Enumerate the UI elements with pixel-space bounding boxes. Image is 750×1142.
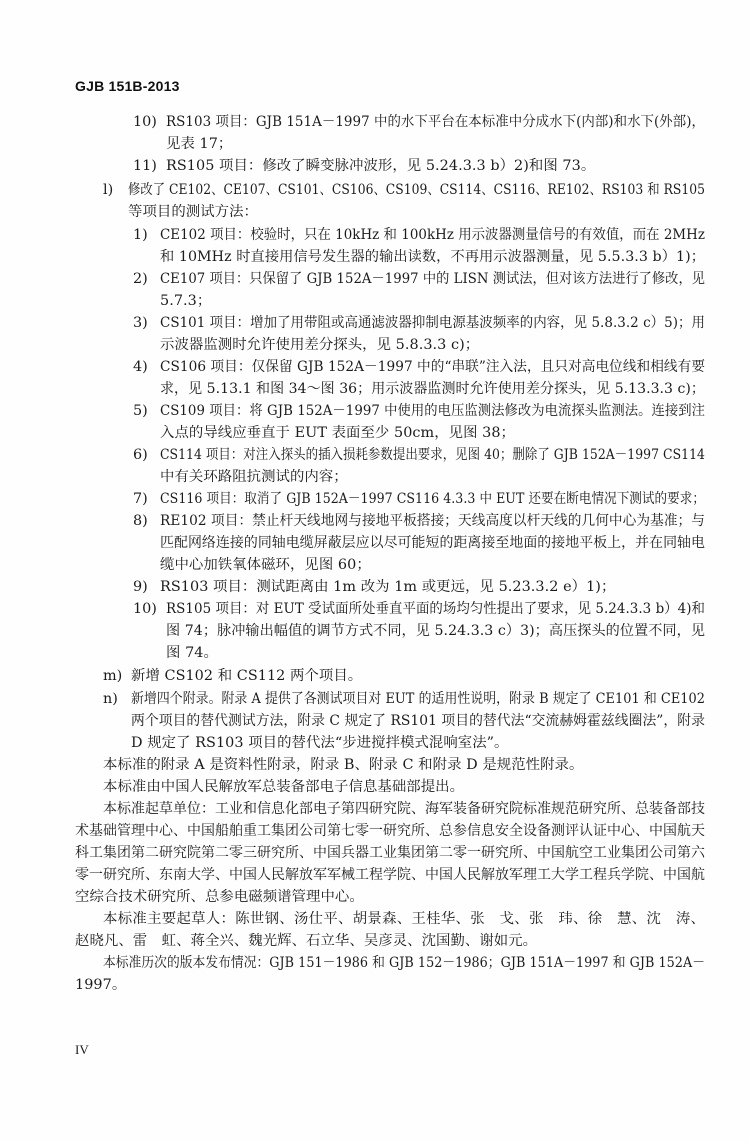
text-line: 空综合技术研究所、总参电磁频谱管理中心。 bbox=[75, 888, 364, 906]
text-line: CE107 项目：只保留了 GJB 152A－1997 中的 LISN 测试法，… bbox=[160, 270, 705, 288]
text-line: 本标准由中国人民解放军总装备部电子信息基础部提出。 bbox=[103, 778, 464, 796]
list-marker: 4) bbox=[133, 358, 148, 376]
list-marker: 11) bbox=[133, 157, 157, 175]
text-line: 术基础管理中心、中国船舶重工集团公司第七零一研究所、总参信息安全设备测评认证中心… bbox=[75, 822, 705, 840]
text-line: CS101 项目：增加了用带阻或高通滤波器抑制电源基波频率的内容，见 5.8.3… bbox=[160, 314, 705, 332]
text-line: CS116 项目：取消了 GJB 152A－1997 CS116 4.3.3 中… bbox=[160, 490, 705, 508]
text-line: 示波器监测时允许使用差分探头，见 5.8.3.3 c)； bbox=[160, 336, 479, 354]
text-line: 中有关环路阻抗测试的内容； bbox=[160, 468, 348, 486]
text-line: 1997。 bbox=[75, 976, 126, 994]
text-line: 本标准历次的版本发布情况：GJB 151－1986 和 GJB 152－1986… bbox=[103, 954, 705, 972]
list-marker: 9) bbox=[133, 578, 148, 596]
text-line: RS103 项目：测试距离由 1m 改为 1m 或更远，见 5.23.3.2 e… bbox=[160, 578, 615, 596]
list-marker: 10) bbox=[133, 600, 157, 618]
text-line: 见表 17； bbox=[166, 135, 232, 153]
text-line: CE102 项目：校验时，只在 10kHz 和 100kHz 用示波器测量信号的… bbox=[160, 226, 705, 244]
text-line: RE102 项目：禁止杆天线地网与接地平板搭接；天线高度以杆天线的几何中心为基准… bbox=[160, 512, 705, 530]
text-line: 修改了 CE102、CE107、CS101、CS106、CS109、CS114、… bbox=[128, 181, 705, 199]
list-marker: n) bbox=[103, 690, 118, 708]
text-line: CS106 项目：仅保留 GJB 152A－1997 中的“串联”注入法，且只对… bbox=[160, 358, 705, 376]
text-line: 图 74。 bbox=[166, 644, 218, 662]
text-line: CS114 项目：对注入探头的插入损耗参数提出要求，见图 40；删除了 GJB … bbox=[160, 446, 705, 464]
list-marker: 1) bbox=[133, 226, 148, 244]
text-line: 入点的导线应垂直于 EUT 表面至少 50cm，见图 38； bbox=[160, 424, 515, 442]
list-marker: 8) bbox=[133, 512, 148, 530]
text-line: 求，见 5.13.1 和图 34～图 36；用示波器监测时允许使用差分探头，见 … bbox=[160, 380, 705, 398]
text-line: 新增四个附录。附录 A 提供了各测试项目对 EUT 的适用性说明，附录 B 规定… bbox=[131, 690, 705, 708]
text-line: 赵晓凡、雷 虹、蒋全兴、魏光辉、石立华、吴彦灵、沈国勤、谢如元。 bbox=[75, 932, 537, 950]
text-line: 科工集团第二研究院第二零三研究所、中国兵器工业集团第二零一研究所、中国航空工业集… bbox=[75, 844, 705, 862]
text-line: 本标准的附录 A 是资料性附录，附录 B、附录 C 和附录 D 是规范性附录。 bbox=[103, 756, 583, 774]
document-id-header: GJB 151B-2013 bbox=[75, 78, 180, 94]
text-line: 零一研究所、东南大学、中国人民解放军军械工程学院、中国人民解放军理工大学工程兵学… bbox=[75, 866, 705, 884]
text-line: 本标准主要起草人：陈世钢、汤仕平、胡景森、王桂华、张 戈、张 玮、徐 慧、沈 涛… bbox=[103, 910, 705, 928]
text-line: D 规定了 RS103 项目的替代法“步进搅拌模式混响室法”。 bbox=[131, 734, 509, 752]
text-line: 缆中心加铁氧体磁环，见图 60； bbox=[160, 556, 371, 574]
text-line: 和 10MHz 时直接用信号发生器的输出读数，不再用示波器测量，见 5.5.3.… bbox=[160, 248, 705, 266]
text-line: 等项目的测试方法： bbox=[128, 203, 258, 221]
list-marker: 2) bbox=[133, 270, 148, 288]
list-marker: m) bbox=[103, 667, 122, 685]
text-line: RS105 项目：对 EUT 受试面所处垂直平面的场均匀性提出了要求，见 5.2… bbox=[166, 600, 705, 618]
text-line: 5.7.3； bbox=[160, 292, 211, 310]
text-line: CS109 项目：将 GJB 152A－1997 中使用的电压监测法修改为电流探… bbox=[160, 402, 705, 420]
list-marker: l) bbox=[103, 181, 113, 199]
page-number: IV bbox=[75, 1042, 89, 1058]
list-marker: 5) bbox=[133, 402, 148, 420]
text-line: 图 74；脉冲输出幅值的调节方式不同，见 5.24.3.3 c）3)；高压探头的… bbox=[166, 622, 705, 640]
list-marker: 6) bbox=[133, 446, 148, 464]
text-line: 匹配网络连接的同轴电缆屏蔽层应以尽可能短的距离接至地面的接地平板上，并在同轴电 bbox=[160, 534, 705, 552]
text-line: RS105 项目：修改了瞬变脉冲波形，见 5.24.3.3 b）2)和图 73。 bbox=[166, 157, 595, 175]
text-line: 本标准起草单位：工业和信息化部电子第四研究院、海军装备研究院标准规范研究所、总装… bbox=[103, 800, 705, 818]
text-line: RS103 项目：GJB 151A－1997 中的水下平台在本标准中分成水下(内… bbox=[166, 113, 705, 131]
list-marker: 3) bbox=[133, 314, 148, 332]
document-page: GJB 151B-2013 10)RS103 项目：GJB 151A－1997 … bbox=[0, 0, 750, 1142]
list-marker: 7) bbox=[133, 490, 148, 508]
text-line: 两个项目的替代测试方法，附录 C 规定了 RS101 项目的替代法“交流赫姆霍兹… bbox=[131, 712, 705, 730]
list-marker: 10) bbox=[133, 113, 157, 131]
text-line: 新增 CS102 和 CS112 两个项目。 bbox=[131, 667, 362, 685]
